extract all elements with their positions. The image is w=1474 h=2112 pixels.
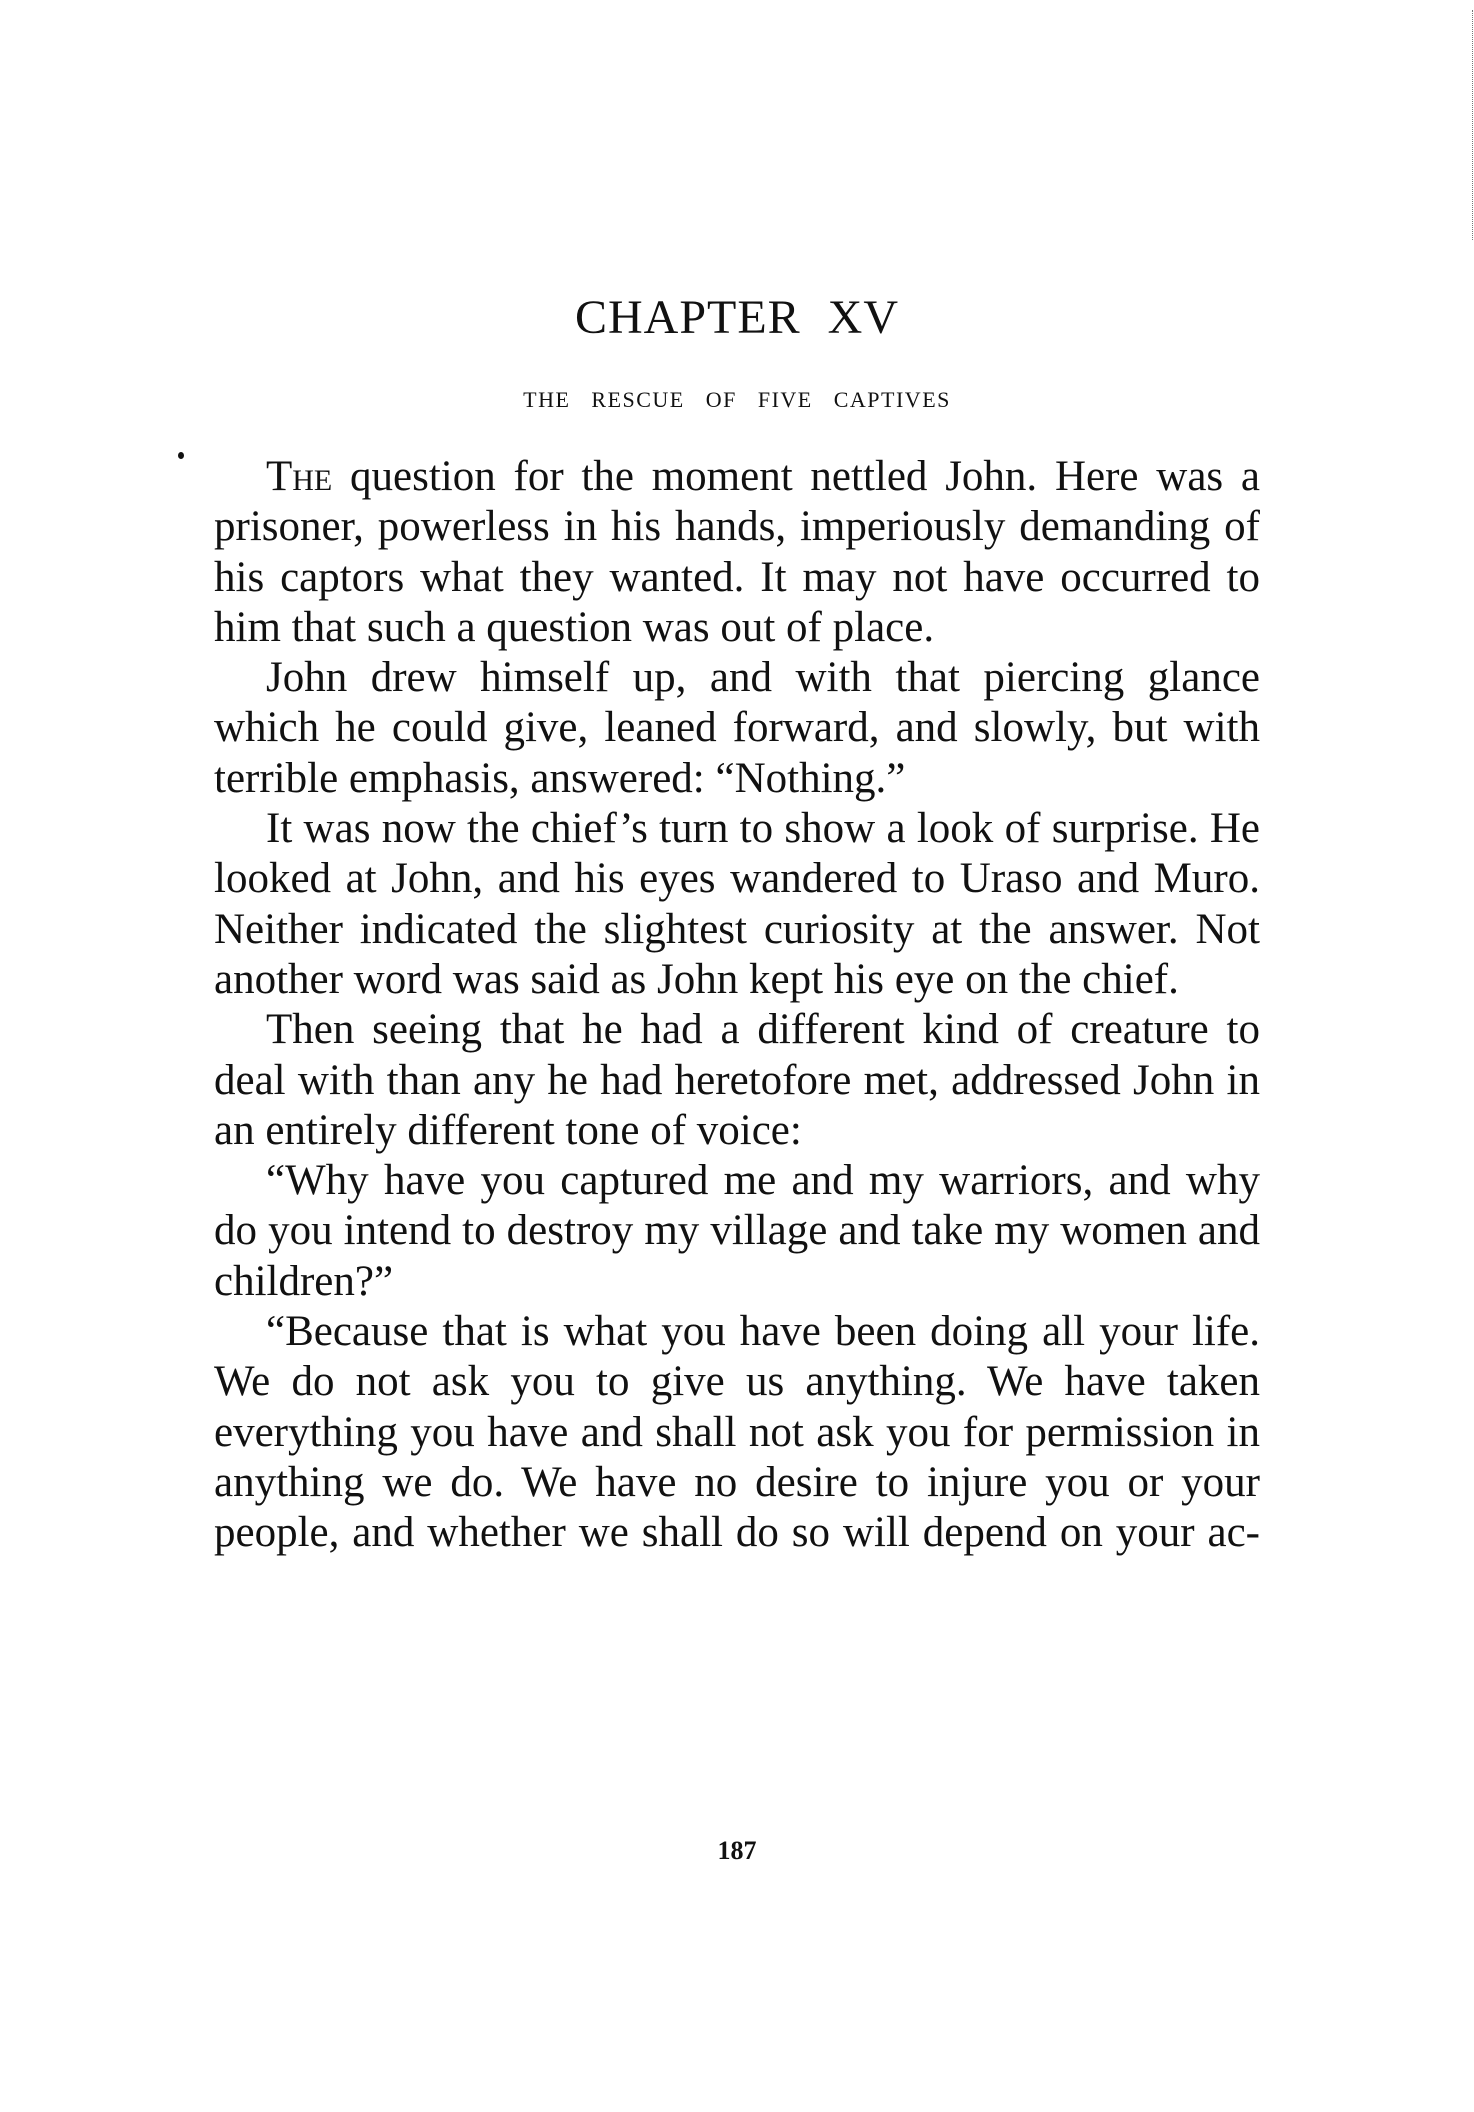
- paragraph: The question for the moment nettled John…: [214, 452, 1260, 653]
- paragraph: It was now the chief’s turn to show a lo…: [214, 804, 1260, 1005]
- paragraph: “Why have you captured me and my warrior…: [214, 1156, 1260, 1307]
- book-page: CHAPTER XV THE RESCUE OF FIVE CAPTIVES T…: [0, 0, 1474, 2112]
- page-number: 187: [0, 1836, 1474, 1866]
- stray-ink-mark: [178, 452, 184, 459]
- paragraph: John drew himself up, and with that pier…: [214, 653, 1260, 804]
- paragraph: Then seeing that he had a different kind…: [214, 1005, 1260, 1156]
- paragraph-text: question for the moment nettled John. He…: [214, 453, 1260, 651]
- chapter-subtitle: THE RESCUE OF FIVE CAPTIVES: [0, 385, 1474, 415]
- chapter-body: The question for the moment nettled John…: [214, 452, 1260, 1559]
- paragraph-lead-word: The: [266, 453, 332, 500]
- paragraph: “Because that is what you have been doin…: [214, 1307, 1260, 1558]
- chapter-heading: CHAPTER XV: [0, 290, 1474, 346]
